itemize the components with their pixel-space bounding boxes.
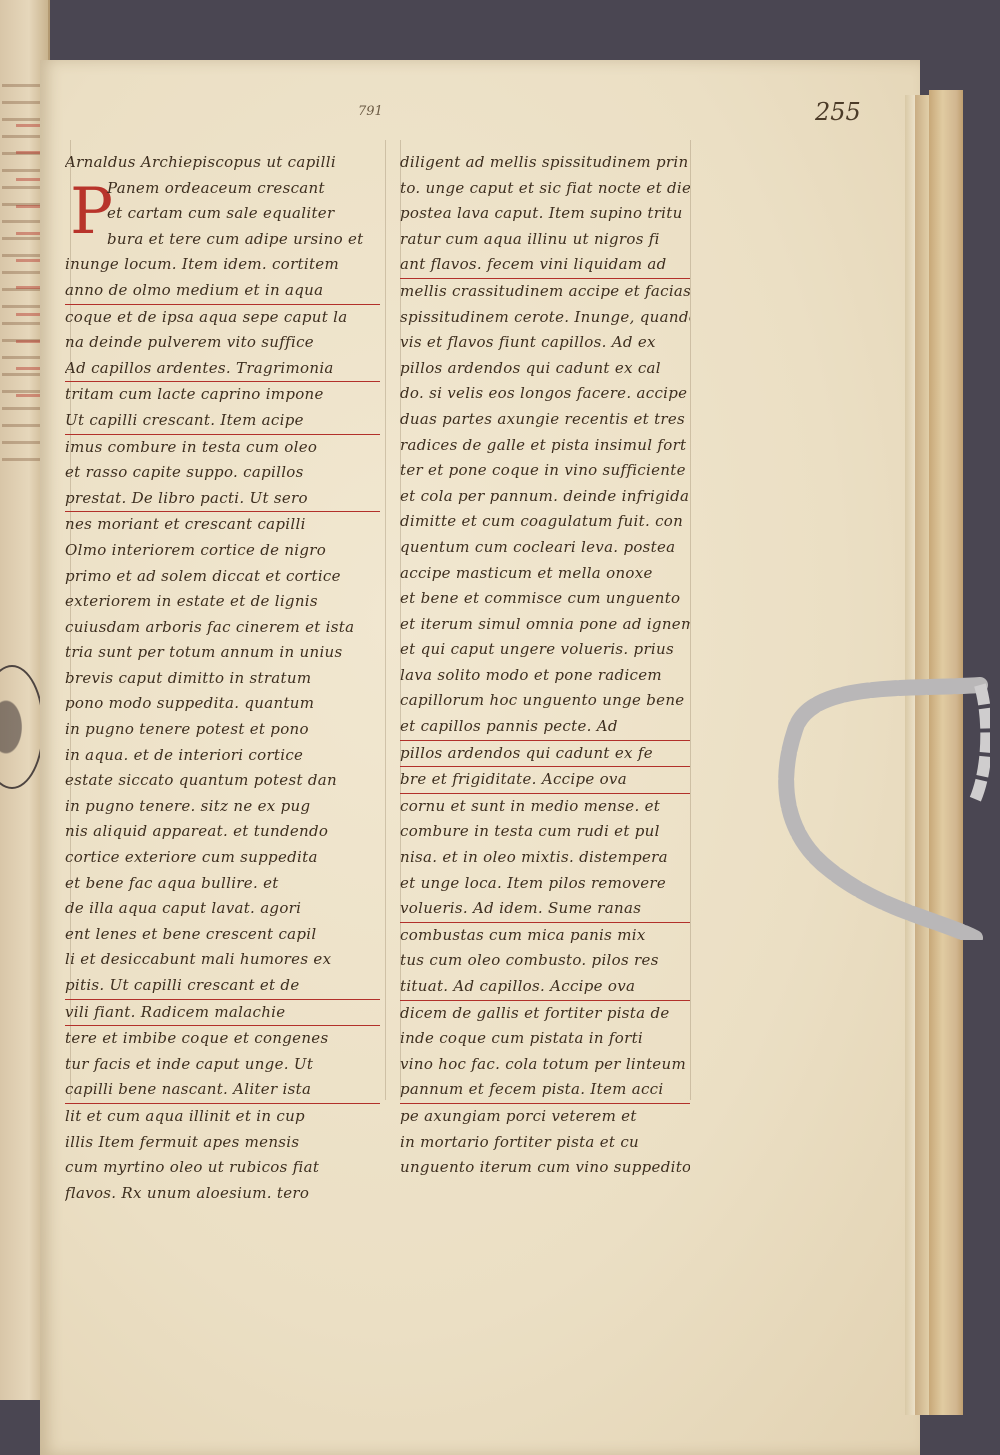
- manuscript-line: tur facis et inde caput unge. Ut: [65, 1052, 380, 1078]
- manuscript-line: cum myrtino oleo ut rubicos fiat: [65, 1155, 380, 1181]
- manuscript-line: in pugno tenere potest et pono: [65, 717, 380, 743]
- manuscript-line: tritam cum lacte caprino impone: [65, 382, 380, 408]
- manuscript-line: duas partes axungie recentis et tres: [400, 407, 690, 433]
- manuscript-line: ter et pone coque in vino sufficiente: [400, 458, 690, 484]
- ruling-line: [385, 140, 386, 1100]
- manuscript-line: de illa aqua caput lavat. agori: [65, 896, 380, 922]
- manuscript-line: unguento iterum cum vino suppedito: [400, 1155, 690, 1181]
- old-folio-number: 791: [358, 104, 383, 119]
- manuscript-line: capilli bene nascant. Aliter ista: [65, 1077, 380, 1104]
- manuscript-line: nisa. et in oleo mixtis. distempera: [400, 845, 690, 871]
- manuscript-line: et cartam cum sale equaliter: [65, 201, 380, 227]
- manuscript-line: et capillos pannis pecte. Ad: [400, 714, 690, 741]
- manuscript-line: to. unge caput et sic fiat nocte et die: [400, 176, 690, 202]
- manuscript-line: cortice exteriore cum suppedita: [65, 845, 380, 871]
- manuscript-line: quentum cum cocleari leva. postea: [400, 535, 690, 561]
- manuscript-line: anno de olmo medium et in aqua: [65, 278, 380, 305]
- manuscript-line: pono modo suppedita. quantum: [65, 691, 380, 717]
- manuscript-line: Olmo interiorem cortice de nigro: [65, 538, 380, 564]
- manuscript-line: dicem de gallis et fortiter pista de: [400, 1001, 690, 1027]
- manuscript-line: na deinde pulverem vito suffice: [65, 330, 380, 356]
- manuscript-line: inde coque cum pistata in forti: [400, 1026, 690, 1052]
- manuscript-line: Panem ordeaceum crescant: [65, 176, 380, 202]
- manuscript-line: in mortario fortiter pista et cu: [400, 1130, 690, 1156]
- folio-number: 255: [815, 98, 861, 126]
- manuscript-line: et unge loca. Item pilos removere: [400, 871, 690, 897]
- manuscript-line: lava solito modo et pone radicem: [400, 663, 690, 689]
- manuscript-line: pillos ardendos qui cadunt ex fe: [400, 741, 690, 768]
- bookmark-cord: [770, 670, 990, 940]
- manuscript-line: radices de galle et pista insimul fort: [400, 433, 690, 459]
- manuscript-line: do. si velis eos longos facere. accipe: [400, 381, 690, 407]
- text-column-right: diligent ad mellis spissitudinem printo.…: [400, 150, 690, 1181]
- manuscript-line: Ut capilli crescant. Item acipe: [65, 408, 380, 435]
- manuscript-line: pe axungiam porci veterem et: [400, 1104, 690, 1130]
- manuscript-line: cornu et sunt in medio mense. et: [400, 794, 690, 820]
- manuscript-line: pitis. Ut capilli crescant et de: [65, 973, 380, 1000]
- manuscript-line: imus combure in testa cum oleo: [65, 435, 380, 461]
- manuscript-line: vis et flavos fiunt capillos. Ad ex: [400, 330, 690, 356]
- manuscript-line: ent lenes et bene crescent capil: [65, 922, 380, 948]
- manuscript-line: tria sunt per totum annum in unius: [65, 640, 380, 666]
- manuscript-line: Arnaldus Archiepiscopus ut capilli: [65, 150, 380, 176]
- manuscript-line: ant flavos. fecem vini liquidam ad: [400, 252, 690, 279]
- manuscript-line: et rasso capite suppo. capillos: [65, 460, 380, 486]
- manuscript-line: ratur cum aqua illinu ut nigros fi: [400, 227, 690, 253]
- manuscript-line: illis Item fermuit apes mensis: [65, 1130, 380, 1156]
- ruling-line: [690, 140, 691, 1100]
- manuscript-line: prestat. De libro pacti. Ut sero: [65, 486, 380, 513]
- manuscript-line: nis aliquid appareat. et tundendo: [65, 819, 380, 845]
- facing-page-rubrics: [16, 100, 40, 420]
- manuscript-line: bura et tere cum adipe ursino et: [65, 227, 380, 253]
- manuscript-line: pillos ardendos qui cadunt ex cal: [400, 356, 690, 382]
- manuscript-line: estate siccato quantum potest dan: [65, 768, 380, 794]
- manuscript-line: et bene fac aqua bullire. et: [65, 871, 380, 897]
- manuscript-line: et iterum simul omnia pone ad ignem: [400, 612, 690, 638]
- manuscript-line: exteriorem in estate et de lignis: [65, 589, 380, 615]
- manuscript-line: tere et imbibe coque et congenes: [65, 1026, 380, 1052]
- manuscript-line: nes moriant et crescant capilli: [65, 512, 380, 538]
- manuscript-line: primo et ad solem diccat et cortice: [65, 564, 380, 590]
- manuscript-line: brevis caput dimitto in stratum: [65, 666, 380, 692]
- library-stamp: [0, 665, 44, 789]
- manuscript-line: tituat. Ad capillos. Accipe ova: [400, 974, 690, 1001]
- manuscript-line: dimitte et cum coagulatum fuit. con: [400, 509, 690, 535]
- manuscript-line: spissitudinem cerote. Inunge, quando: [400, 305, 690, 331]
- manuscript-line: combustas cum mica panis mix: [400, 923, 690, 949]
- manuscript-line: et bene et commisce cum unguento: [400, 586, 690, 612]
- manuscript-line: combure in testa cum rudi et pul: [400, 819, 690, 845]
- manuscript-line: volueris. Ad idem. Sume ranas: [400, 896, 690, 923]
- manuscript-line: lit et cum aqua illinit et in cup: [65, 1104, 380, 1130]
- manuscript-line: vino hoc fac. cola totum per linteum: [400, 1052, 690, 1078]
- manuscript-line: et cola per pannum. deinde infrigidari: [400, 484, 690, 510]
- manuscript-line: tus cum oleo combusto. pilos res: [400, 948, 690, 974]
- manuscript-line: coque et de ipsa aqua sepe caput la: [65, 305, 380, 331]
- manuscript-line: et qui caput ungere volueris. prius: [400, 637, 690, 663]
- manuscript-line: li et desiccabunt mali humores ex: [65, 947, 380, 973]
- manuscript-line: Ad capillos ardentes. Tragrimonia: [65, 356, 380, 383]
- manuscript-line: mellis crassitudinem accipe et facias: [400, 279, 690, 305]
- manuscript-line: diligent ad mellis spissitudinem prin: [400, 150, 690, 176]
- manuscript-line: postea lava caput. Item supino tritu: [400, 201, 690, 227]
- manuscript-line: vili fiant. Radicem malachie: [65, 1000, 380, 1027]
- manuscript-line: bre et frigiditate. Accipe ova: [400, 767, 690, 794]
- manuscript-line: pannum et fecem pista. Item acci: [400, 1077, 690, 1104]
- manuscript-line: cuiusdam arboris fac cinerem et ista: [65, 615, 380, 641]
- text-column-left: Arnaldus Archiepiscopus ut capilliPanem …: [65, 150, 380, 1206]
- manuscript-line: accipe masticum et mella onoxe: [400, 561, 690, 587]
- manuscript-line: in aqua. et de interiori cortice: [65, 743, 380, 769]
- manuscript-line: in pugno tenere. sitz ne ex pug: [65, 794, 380, 820]
- manuscript-line: inunge locum. Item idem. cortitem: [65, 252, 380, 278]
- manuscript-line: flavos. Rx unum aloesium. tero: [65, 1181, 380, 1207]
- manuscript-line: capillorum hoc unguento unge bene: [400, 688, 690, 714]
